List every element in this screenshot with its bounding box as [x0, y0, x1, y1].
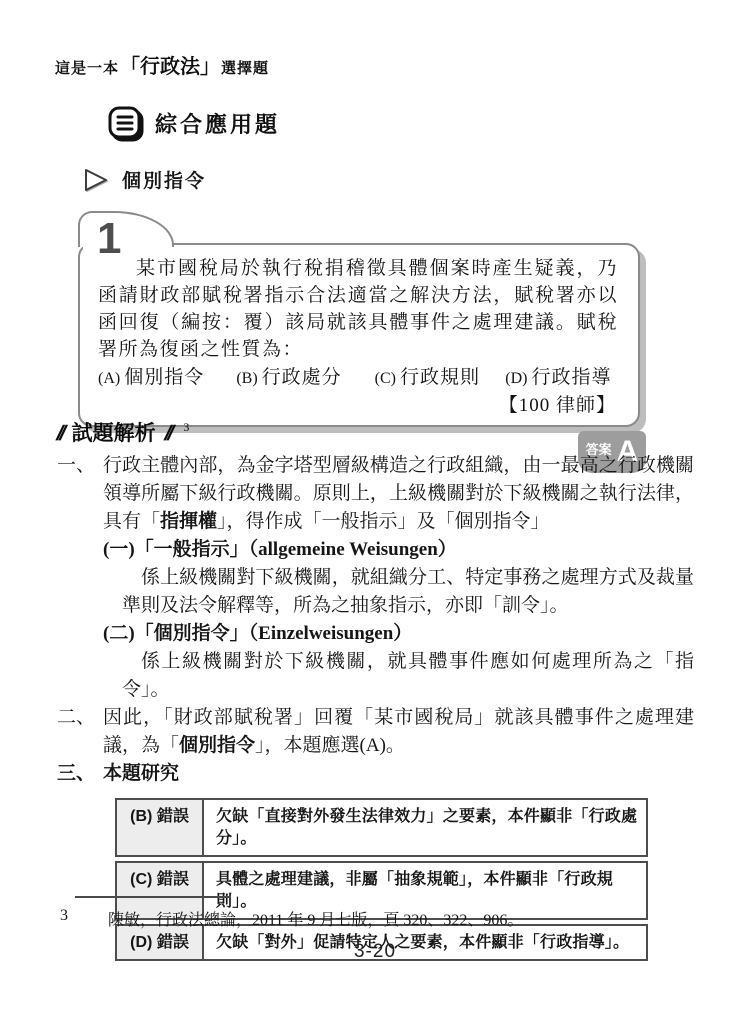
research-table: (B) 錯誤 欠缺「直接對外發生法律效力」之要素，本件顯非「行政處分」。 (C)… [115, 798, 648, 961]
heading-slash-left: // [54, 422, 67, 446]
option-c-label: (C) [375, 370, 396, 387]
item-2-bold-term: 個別指令 [179, 735, 255, 756]
book-page: 這是一本 「行政法」 選擇題 綜合應用題 個別指令 1 某市國稅局於執行稅捐稽徵… [0, 0, 750, 1017]
footnote-text: 陳敏，行政法總論，2011 年 9 月七版，頁 320、322、906。 [108, 907, 523, 930]
list-icon [108, 106, 142, 140]
running-head: 這是一本 「行政法」 選擇題 [55, 50, 269, 79]
item-1-content: 行政主體內部，為金字塔型層級構造之行政組織，由一最高之行政機關領導所屬下級行政機… [103, 452, 694, 704]
item-2-marker: 二、 [57, 704, 103, 760]
analysis-item-2: 二、 因此，「財政部賦稅署」回覆「某市國稅局」就該具體事件之處理建議，為「個別指… [57, 704, 694, 760]
running-head-pre: 這是一本 [55, 57, 119, 78]
sub-item-2-heading: (二)「個別指令」（Einzelweisungen） [103, 620, 694, 648]
option-a-label: (A) [98, 370, 120, 387]
triangle-icon [83, 167, 109, 193]
item-2-text-tail: 」，本題應選(A)。 [255, 735, 405, 756]
item-2-content: 因此，「財政部賦稅署」回覆「某市國稅局」就該具體事件之處理建議，為「個別指令」，… [103, 704, 694, 760]
page-number: 3-20 [0, 941, 750, 963]
subsection-title: 個別指令 [122, 166, 206, 193]
footnote-reference: 3 [183, 420, 189, 435]
running-head-post: 選擇題 [221, 57, 269, 78]
section-title: 綜合應用題 [155, 108, 280, 139]
question-number-tab [78, 211, 174, 247]
sub-item-2-body: 係上級機關對於下級機關，就具體事件應如何處理所為之「指令」。 [122, 648, 694, 704]
sub-item-1-heading: (一)「一般指示」（allgemeine Weisungen） [103, 536, 694, 564]
option-b-label: (B) [236, 370, 257, 387]
table-row-b-label: (B) 錯誤 [117, 800, 204, 855]
running-head-brand: 「行政法」 [120, 50, 220, 79]
option-d-text: 行政指導 [532, 367, 612, 388]
analysis-item-1: 一、 行政主體內部，為金字塔型層級構造之行政組織，由一最高之行政機關領導所屬下級… [57, 452, 694, 704]
question-options: (A)個別指令 (B)行政處分 (C)行政規則 (D)行政指導 [98, 364, 618, 392]
option-d-label: (D) [505, 370, 527, 387]
item-3-marker: 三、 [57, 760, 103, 788]
analysis-body: 一、 行政主體內部，為金字塔型層級構造之行政組織，由一最高之行政機關領導所屬下級… [57, 452, 694, 965]
option-c: (C)行政規則 [375, 364, 506, 392]
analysis-item-3: 三、 本題研究 [57, 760, 694, 788]
footnote-number: 3 [60, 907, 108, 930]
question-number: 1 [97, 217, 121, 261]
footnote: 3 陳敏，行政法總論，2011 年 9 月七版，頁 320、322、906。 [60, 907, 523, 930]
exam-source: 【100 律師】 [98, 392, 618, 419]
option-c-text: 行政規則 [400, 367, 480, 388]
item-1-marker: 一、 [57, 452, 103, 704]
item-1-paragraph: 行政主體內部，為金字塔型層級構造之行政組織，由一最高之行政機關領導所屬下級行政機… [103, 452, 694, 536]
question-text: 某市國稅局於執行稅捐稽徵具體個案時產生疑義，乃函請財政部賦稅署指示合法適當之解決… [98, 255, 618, 363]
item-1-bold-term: 指揮權 [160, 511, 217, 532]
option-a-text: 個別指令 [124, 367, 204, 388]
analysis-heading-text: 試題解析 [72, 417, 156, 447]
subsection-header: 個別指令 [83, 166, 206, 193]
option-b: (B)行政處分 [236, 364, 374, 392]
heading-slash-right: // [161, 422, 174, 446]
option-a: (A)個別指令 [98, 364, 236, 392]
sub-item-1-body: 係上級機關對下級機關，就組織分工、特定事務之處理方式及裁量準則及法令解釋等，所為… [122, 564, 694, 620]
option-d: (D)行政指導 [505, 364, 618, 392]
option-b-text: 行政處分 [262, 367, 342, 388]
footnote-divider [75, 896, 231, 898]
table-row: (B) 錯誤 欠缺「直接對外發生法律效力」之要素，本件顯非「行政處分」。 [115, 798, 648, 857]
question-card: 1 某市國稅局於執行稅捐稽徵具體個案時產生疑義，乃函請財政部賦稅署指示合法適當之… [78, 243, 640, 427]
item-3-title: 本題研究 [103, 760, 694, 788]
table-row-b-text: 欠缺「直接對外發生法律效力」之要素，本件顯非「行政處分」。 [204, 800, 646, 855]
item-1-text-tail: 」，得作成「一般指示」及「個別指令」 [217, 511, 550, 532]
analysis-heading: // 試題解析 // 3 [57, 417, 189, 447]
section-header: 綜合應用題 [108, 106, 280, 140]
